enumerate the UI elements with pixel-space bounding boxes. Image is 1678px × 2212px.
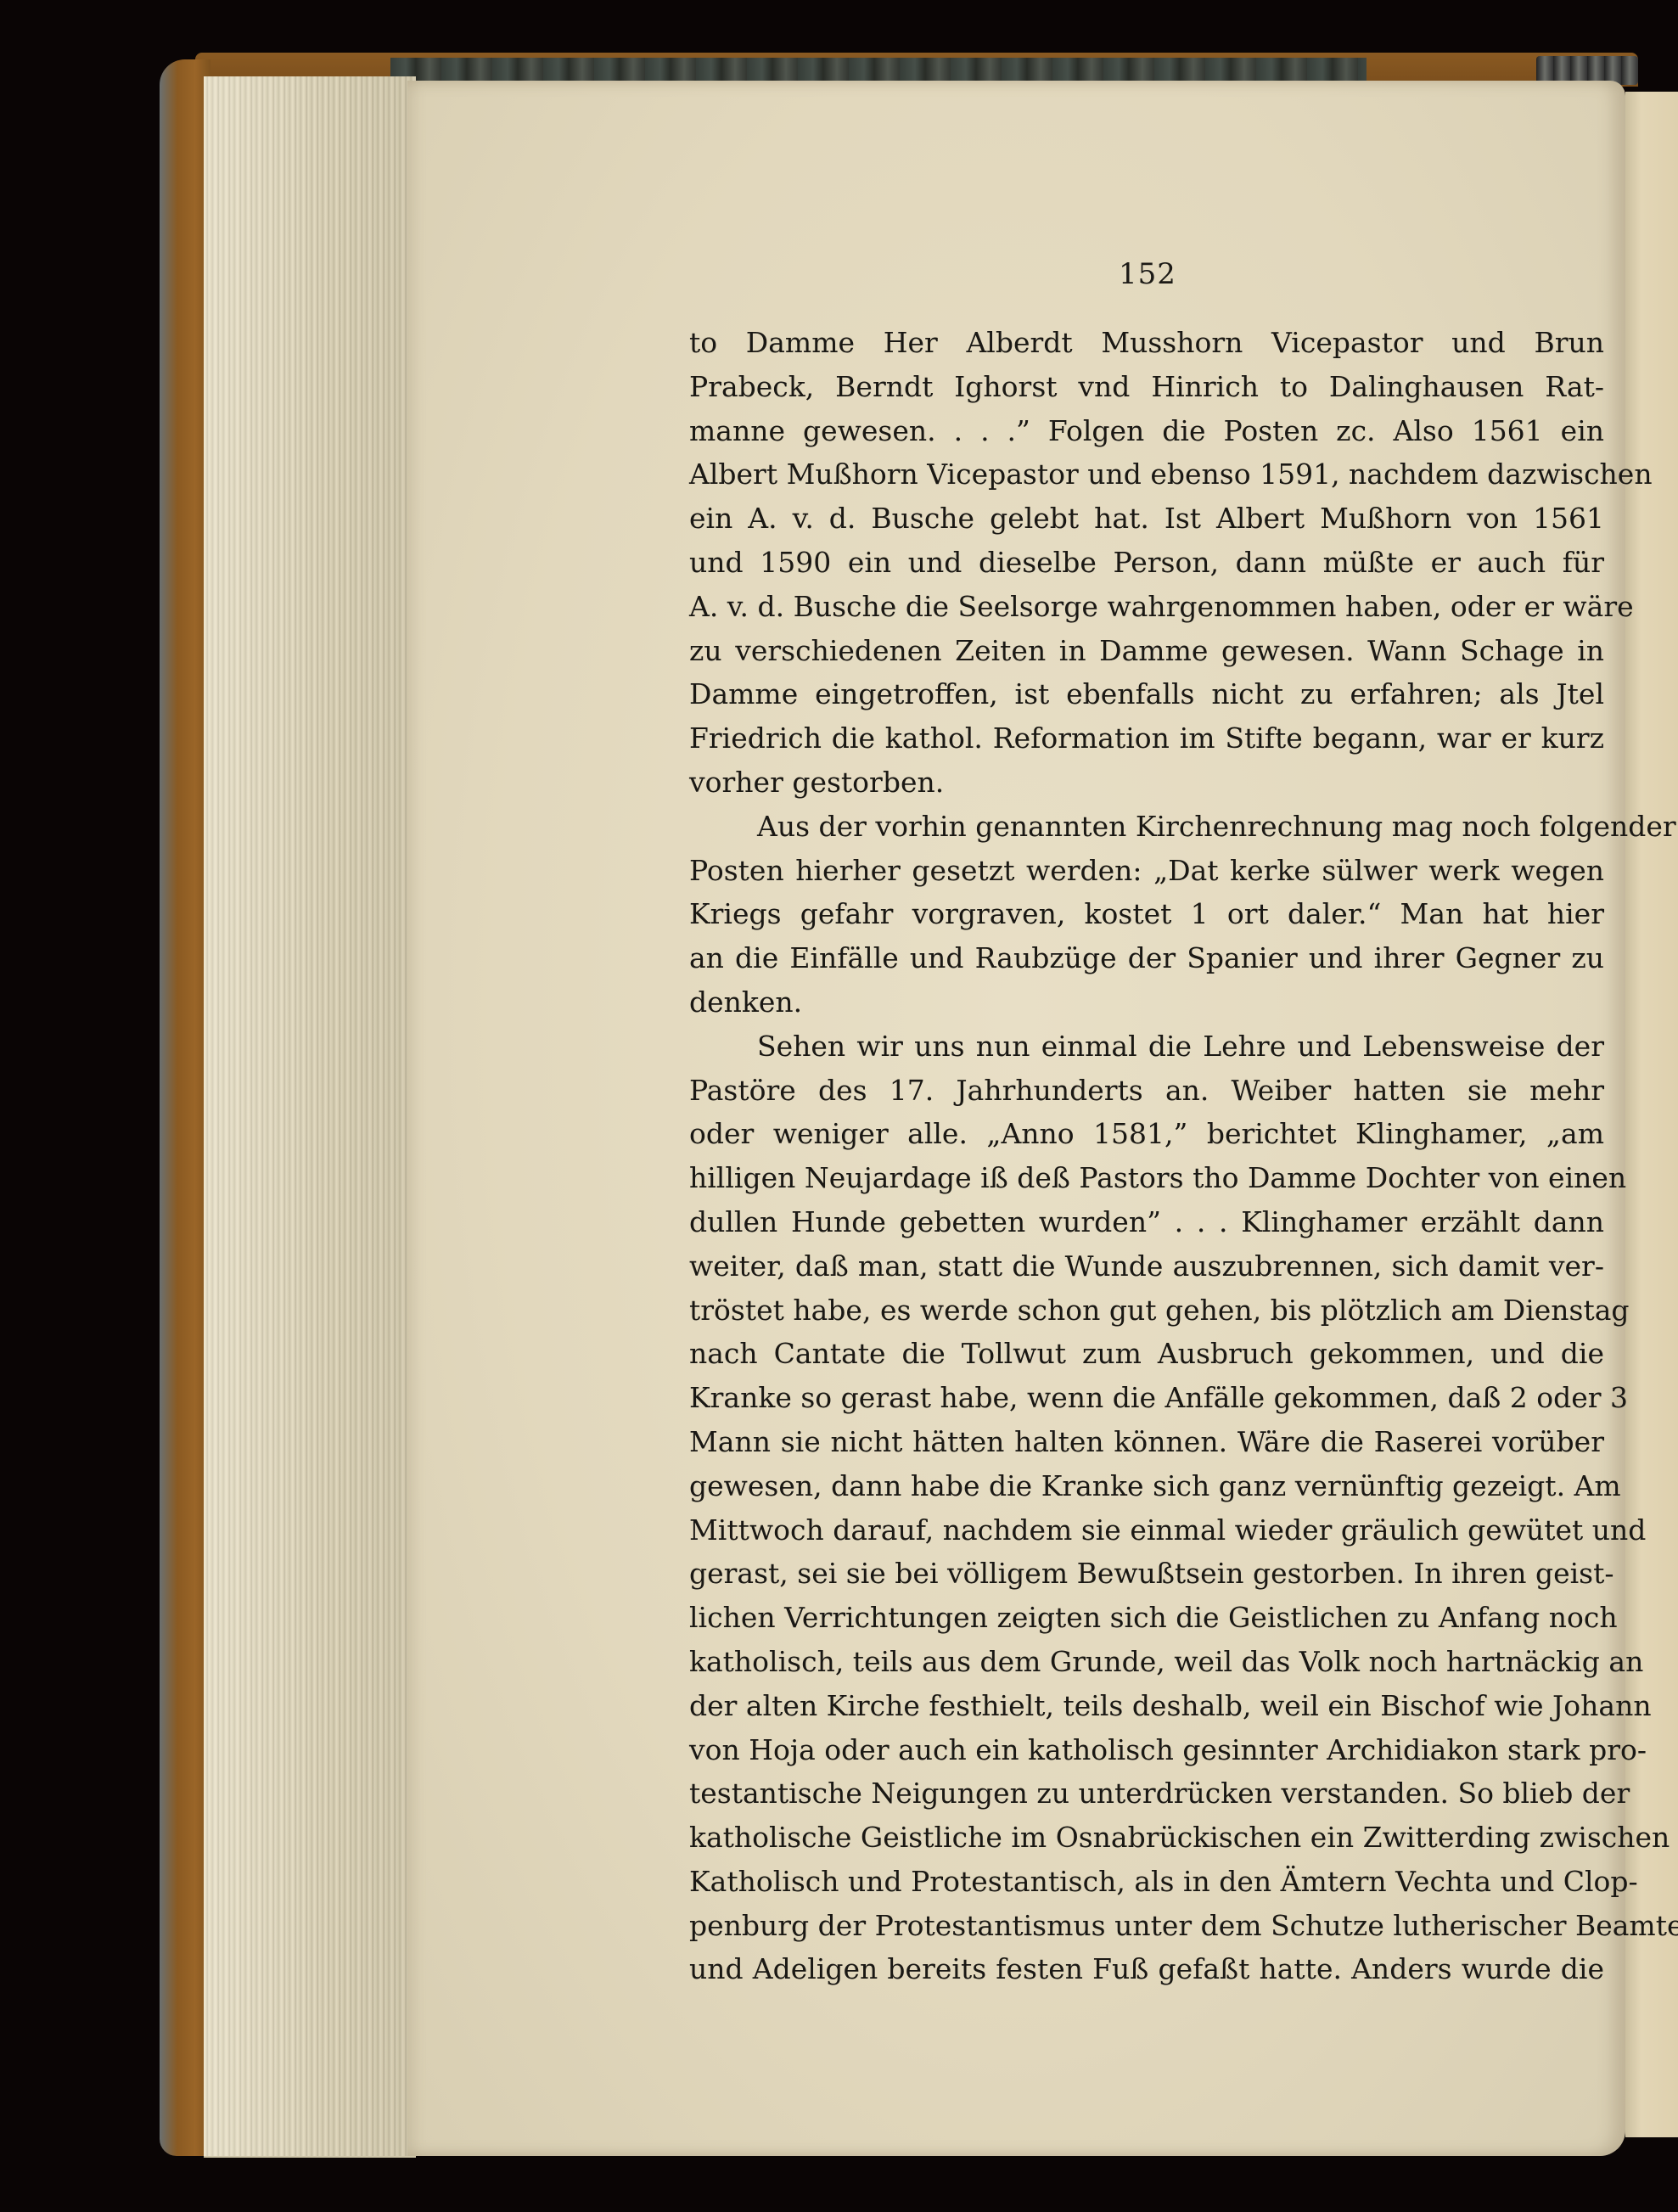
text-line: Damme eingetroffen, ist ebenfalls nicht … <box>689 672 1604 716</box>
text-line: und 1590 ein und dieselbe Person, dann m… <box>689 541 1604 585</box>
text-line: Kriegs gefahr vorgraven, kostet 1 ort da… <box>689 892 1604 936</box>
text-line: tröstet habe, es werde schon gut gehen, … <box>689 1288 1604 1333</box>
text-line: A. v. d. Busche die Seelsorge wahrgenomm… <box>689 585 1604 629</box>
marbled-cover-pattern <box>390 58 1367 81</box>
text-line: zu verschiedenen Zeiten in Damme gewesen… <box>689 629 1604 673</box>
text-line: Mittwoch darauf, nachdem sie einmal wied… <box>689 1508 1604 1552</box>
book-scan-scene: 152 to Damme Her Alberdt Musshorn Vicepa… <box>0 0 1678 2212</box>
text-line: und Adeligen bereits festen Fuß gefaßt h… <box>689 1947 1604 1991</box>
text-line: der alten Kirche festhielt, teils deshal… <box>689 1684 1604 1728</box>
text-line: denken. <box>689 980 1604 1025</box>
text-line: Kranke so gerast habe, wenn die Anfälle … <box>689 1376 1604 1420</box>
text-line: penburg der Protestantismus unter dem Sc… <box>689 1904 1604 1948</box>
text-line: an die Einfälle und Raubzüge der Spanier… <box>689 936 1604 980</box>
text-line: dullen Hunde gebetten wurden” . . . Klin… <box>689 1200 1604 1244</box>
text-line: Katholisch und Protestantisch, als in de… <box>689 1860 1604 1904</box>
page-stack-edges <box>204 76 416 2158</box>
text-line: nach Cantate die Tollwut zum Ausbruch ge… <box>689 1332 1604 1376</box>
text-line: Sehen wir uns nun einmal die Lehre und L… <box>689 1025 1604 1069</box>
page-stack-shade <box>204 76 416 2156</box>
text-line: katholisch, teils aus dem Grunde, weil d… <box>689 1640 1604 1684</box>
text-line: Albert Mußhorn Vicepastor und ebenso 159… <box>689 452 1604 497</box>
text-line: Prabeck, Berndt Ighorst vnd Hinrich to D… <box>689 365 1604 409</box>
text-line: katholische Geistliche im Osnabrückische… <box>689 1816 1604 1860</box>
book-cover-left-edge <box>160 59 210 2156</box>
text-line: Posten hierher gesetzt werden: „Dat kerk… <box>689 849 1604 893</box>
text-line: oder weniger alle. „Anno 1581,” berichte… <box>689 1112 1604 1156</box>
text-line: to Damme Her Alberdt Musshorn Vicepastor… <box>689 321 1604 365</box>
text-line: von Hoja oder auch ein katholisch gesinn… <box>689 1728 1604 1772</box>
text-line: ein A. v. d. Busche gelebt hat. Ist Albe… <box>689 497 1604 541</box>
page-body-text: to Damme Her Alberdt Musshorn Vicepastor… <box>689 321 1604 1991</box>
text-line: weiter, daß man, statt die Wunde auszubr… <box>689 1244 1604 1288</box>
text-line: gewesen, dann habe die Kranke sich ganz … <box>689 1464 1604 1508</box>
text-line: Friedrich die kathol. Reformation im Sti… <box>689 716 1604 761</box>
text-line: Mann sie nicht hätten halten können. Wär… <box>689 1420 1604 1464</box>
text-line: lichen Verrichtungen zeigten sich die Ge… <box>689 1596 1604 1640</box>
text-line: hilligen Neujardage iß deß Pastors tho D… <box>689 1156 1604 1200</box>
text-line: vorher gestorben. <box>689 761 1604 805</box>
page-number: 152 <box>1119 257 1176 291</box>
text-line: Pastöre des 17. Jahrhunderts an. Weiber … <box>689 1069 1604 1113</box>
text-line: manne gewesen. . . .” Folgen die Posten … <box>689 409 1604 453</box>
text-line: testantische Neigungen zu unterdrücken v… <box>689 1771 1604 1816</box>
text-line: gerast, sei sie bei völligem Bewußtsein … <box>689 1552 1604 1596</box>
text-line: Aus der vorhin genannten Kirchenrechnung… <box>689 805 1604 849</box>
